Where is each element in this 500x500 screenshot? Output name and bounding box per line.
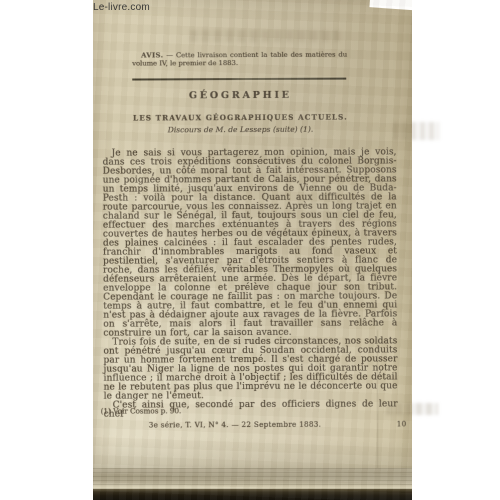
article-body: Je ne sais si vous partagerez mon opinio… xyxy=(103,148,398,419)
footnote: (1) Voir Cosmos p. 90. xyxy=(101,406,182,415)
avis-notice: AVIS. — Cette livraison contient la tabl… xyxy=(132,52,347,69)
issue-info: 3e série, T. VI, N° 4. — 22 Septembre 18… xyxy=(149,420,322,430)
watermark-text: Le-livre.com xyxy=(93,0,150,15)
body-paragraph: Je ne sais si vous partagerez mon opinio… xyxy=(103,148,398,338)
book-bottom-edge xyxy=(93,489,412,500)
avis-text: — Cette livraison contient la table des … xyxy=(132,51,347,68)
article-title: LES TRAVAUX GÉOGRAPHIQUES ACTUELS. xyxy=(100,112,380,122)
page-number: 10 xyxy=(397,419,407,428)
horizontal-rule xyxy=(132,78,346,81)
book-page-edges xyxy=(93,468,412,489)
section-heading: GÉOGRAPHIE xyxy=(100,89,380,101)
page-content: AVIS. — Cette livraison contient la tabl… xyxy=(92,0,413,500)
issue-footer: 3e série, T. VI, N° 4. — 22 Septembre 18… xyxy=(149,419,449,429)
book-page-scan: AVIS. — Cette livraison contient la tabl… xyxy=(93,0,412,500)
body-paragraph: Trois fois de suite, en de si rudes circ… xyxy=(103,337,397,401)
article-byline: Discours de M. de Lesseps (suite) (1). xyxy=(100,124,380,134)
page-bottom-shading xyxy=(93,438,412,472)
avis-label: AVIS. xyxy=(141,51,163,59)
